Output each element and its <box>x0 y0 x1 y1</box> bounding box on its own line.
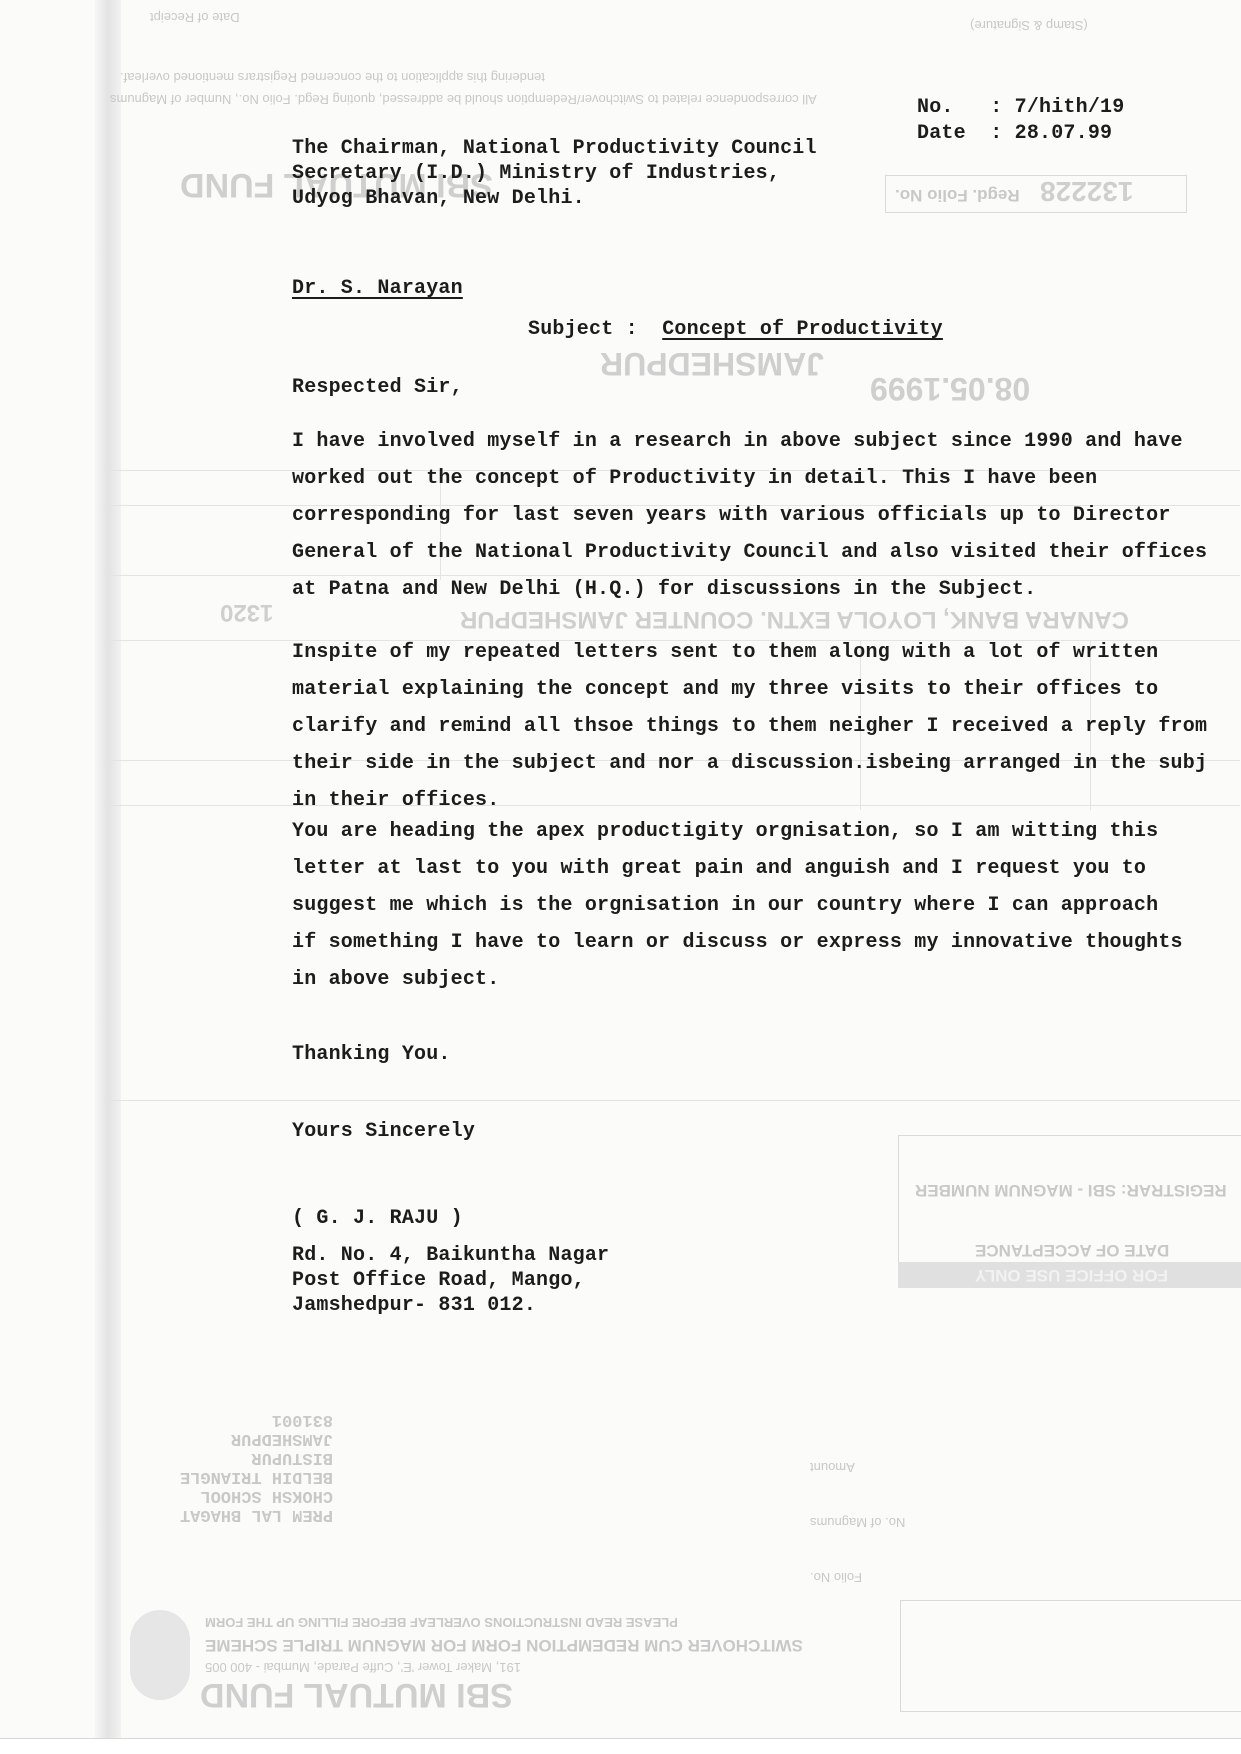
paragraph-line: suggest me which is the orgnisation in o… <box>292 894 1158 917</box>
bleed-amount: 1320 <box>220 598 273 626</box>
bleed-folio-value: 132228 <box>1040 175 1133 207</box>
subject-line: Subject : Concept of Productivity <box>528 318 943 341</box>
reference-date-label: Date <box>917 122 966 145</box>
paragraph-line: in above subject. <box>292 968 499 991</box>
paragraph-line: letter at last to you with great pain an… <box>292 857 1146 880</box>
bleed-folio-label: Regd. Folio No. <box>895 185 1020 205</box>
paragraph-line: Inspite of my repeated letters sent to t… <box>292 641 1158 664</box>
bleed-footer-logo: SBI MUTUAL FUND <box>200 1675 513 1714</box>
bleed-folio-no-label: Folio No. <box>810 1570 862 1585</box>
paragraph-line: You are heading the apex productigity or… <box>292 820 1158 843</box>
subject-label: Subject : <box>528 318 638 341</box>
bleed-address: 191, Maker Tower 'E', Cuffe Parade, Mumb… <box>205 1660 521 1675</box>
reference-date: Date : 28.07.99 <box>917 122 1112 145</box>
reference-no: No. : 7/hith/19 <box>917 96 1124 119</box>
paragraph-line: if something I have to learn or discuss … <box>292 931 1183 954</box>
recipient-line: Udyog Bhavan, New Delhi. <box>292 187 585 210</box>
paragraph-line: General of the National Productivity Cou… <box>292 541 1207 564</box>
page-bottom-edge <box>0 1738 1241 1754</box>
sender-address-line: Jamshedpur- 831 012. <box>292 1294 536 1317</box>
paragraph-line: their side in the subject and nor a disc… <box>292 752 1207 775</box>
scan-shadow <box>95 0 121 1740</box>
paragraph-line: in their offices. <box>292 789 499 812</box>
salutation: Respected Sir, <box>292 376 463 399</box>
subject-text: Concept of Productivity <box>662 318 943 341</box>
bleed-bottom-block: 831001 JAMSHEDPUR BISTUPUR BELDIH TRIANG… <box>180 1410 333 1524</box>
bleed-registrar: REGISTRAR: SBI - MAGNUM NUMBER <box>915 1180 1227 1200</box>
attention-line: Dr. S. Narayan <box>292 277 463 300</box>
bleed-amount-label: Amount <box>810 1460 855 1475</box>
bleed-sign-box <box>900 1600 1241 1712</box>
closing-thanks: Thanking You. <box>292 1043 451 1066</box>
paragraph-line: I have involved myself in a research in … <box>292 430 1183 453</box>
sender-address-line: Post Office Road, Mango, <box>292 1269 585 1292</box>
paragraph-line: corresponding for last seven years with … <box>292 504 1171 527</box>
bleed-line-a: tendering this application to the concer… <box>120 70 545 85</box>
bleed-stamp: (Stamp & Signature) <box>970 18 1088 33</box>
reference-date-value: : 28.07.99 <box>990 122 1112 145</box>
paragraph-line: clarify and remind all thsoe things to t… <box>292 715 1207 738</box>
bleed-line-b: All correspondence related to Switchover… <box>110 92 817 107</box>
bleed-office-use: FOR OFFICE USE ONLY <box>975 1265 1168 1285</box>
bleed-acceptance: DATE OF ACCEPTANCE <box>975 1240 1169 1260</box>
bleed-magnums-label: No. of Magnums <box>810 1515 905 1530</box>
reference-no-label: No. <box>917 96 954 119</box>
paragraph-line: material explaining the concept and my t… <box>292 678 1158 701</box>
bleed-instructions: PLEASE READ INSTRUCTIONS OVERLEAF BEFORE… <box>205 1615 678 1630</box>
bleed-form-title: SWITCHOVER CUM REDEMPTION FORM FOR MAGNU… <box>205 1635 803 1655</box>
bleed-place: JAMSHEDPUR <box>600 345 824 382</box>
signature-name: ( G. J. RAJU ) <box>292 1207 463 1230</box>
paragraph-line: at Patna and New Delhi (H.Q.) for discus… <box>292 578 1036 601</box>
paragraph-line: worked out the concept of Productivity i… <box>292 467 1097 490</box>
reference-no-value: : 7/hith/19 <box>990 96 1124 119</box>
closing: Yours Sincerely <box>292 1120 475 1143</box>
bleed-date-of-receipt: Date of Receipt <box>150 10 240 25</box>
bleed-date: 08.05.1999 <box>870 370 1030 407</box>
recipient-line: The Chairman, National Productivity Coun… <box>292 137 817 160</box>
bleed-bank: CANARA BANK, LOYOLA EXTN. COUNTER JAMSHE… <box>460 605 1129 633</box>
sender-address-line: Rd. No. 4, Baikuntha Nagar <box>292 1244 609 1267</box>
recipient-line: Secretary (I.D.) Ministry of Industries, <box>292 162 780 185</box>
bleed-logo-emblem <box>130 1610 190 1700</box>
